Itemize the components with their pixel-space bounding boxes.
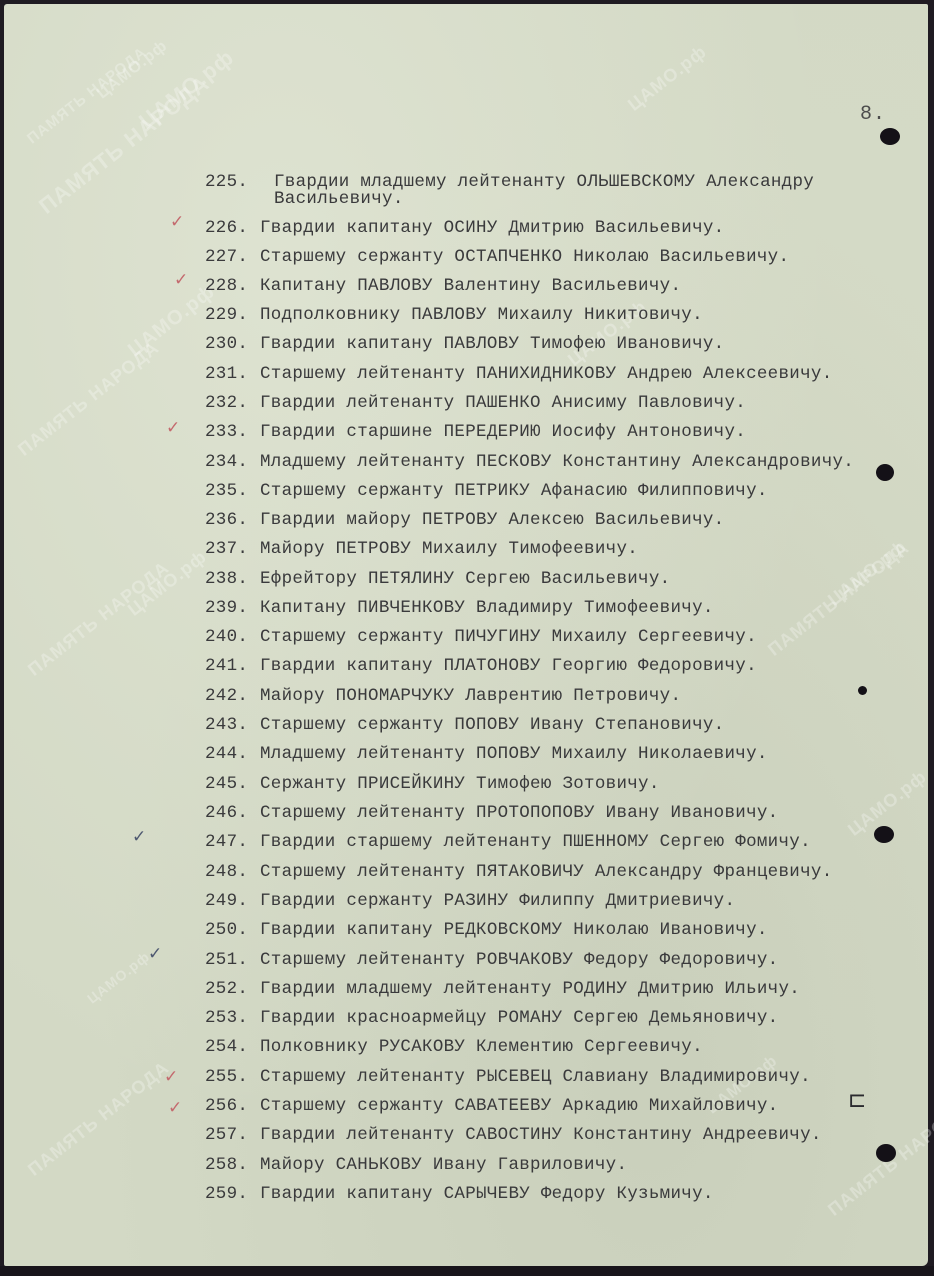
item-text: Гвардии сержанту РАЗИНУ Филиппу Дмитриев… — [260, 891, 735, 911]
item-text: Подполковнику ПАВЛОВУ Михаилу Никитовичу… — [260, 305, 703, 325]
item-number: 240. — [205, 627, 248, 647]
item-text: Старшему лейтенанту РЫСЕВЕЦ Славиану Вла… — [260, 1067, 811, 1087]
punch-hole — [874, 826, 894, 843]
item-number: 247. — [205, 832, 248, 852]
item-text: Ефрейтору ПЕТЯЛИНУ Сергею Васильевичу. — [260, 569, 670, 589]
item-text: Гвардии капитану РЕДКОВСКОМУ Николаю Ива… — [260, 920, 768, 940]
item-number: 251. — [205, 950, 248, 970]
item-text: Майору САНЬКОВУ Ивану Гавриловичу. — [260, 1155, 627, 1175]
check-mark-icon: ✓ — [168, 1098, 182, 1118]
item-number: 230. — [205, 334, 248, 354]
item-text: Гвардии капитану САРЫЧЕВУ Федору Кузьмич… — [260, 1184, 714, 1204]
watermark-tsamo: ЦАМО.рф — [124, 546, 211, 620]
item-number: 255. — [205, 1067, 248, 1087]
item-text: Майору ПОНОМАРЧУКУ Лаврентию Петровичу. — [260, 686, 681, 706]
item-text: Сержанту ПРИСЕЙКИНУ Тимофею Зотовичу. — [260, 774, 660, 794]
scan-border — [0, 1266, 934, 1276]
item-number: 250. — [205, 920, 248, 940]
item-number: 231. — [205, 364, 248, 384]
item-text: Гвардии лейтенанту САВОСТИНУ Константину… — [260, 1125, 822, 1145]
item-text: Младшему лейтенанту ПОПОВУ Михаилу Никол… — [260, 744, 768, 764]
item-text: Старшему лейтенанту ПЯТАКОВИЧУ Александр… — [260, 862, 833, 882]
punch-hole — [876, 464, 894, 481]
watermark-tsamo: ЦАМО.рф — [824, 536, 911, 610]
item-text: Гвардии капитану ПЛАТОНОВУ Георгию Федор… — [260, 656, 757, 676]
item-number: 239. — [205, 598, 248, 618]
watermark-tsamo: ЦАМО.рф — [134, 44, 239, 134]
item-text: Старшему лейтенанту РОВЧАКОВУ Федору Фед… — [260, 950, 778, 970]
item-text: Старшему лейтенанту ПРОТОПОПОВУ Ивану Ив… — [260, 803, 778, 823]
item-number: 258. — [205, 1155, 248, 1175]
item-number: 238. — [205, 569, 248, 589]
item-number: 249. — [205, 891, 248, 911]
item-number: 236. — [205, 510, 248, 530]
watermark-pamyat-naroda: ПАМЯТЬ НАРОДА — [764, 537, 913, 660]
item-number: 228. — [205, 276, 248, 296]
item-number: 234. — [205, 452, 248, 472]
item-text: Майору ПЕТРОВУ Михаилу Тимофеевичу. — [260, 539, 638, 559]
document-page: ЦАМО.рф ЦАМО.рф ПАМЯТЬ НАРОДА ПАМЯТЬ НАР… — [4, 4, 928, 1266]
margin-bracket-mark: ⊏ — [848, 1088, 866, 1113]
item-text: Капитану ПИВЧЕНКОВУ Владимиру Тимофеевич… — [260, 598, 714, 618]
item-number: 244. — [205, 744, 248, 764]
item-number: 242. — [205, 686, 248, 706]
item-number: 257. — [205, 1125, 248, 1145]
item-text: Старшему сержанту ПЕТРИКУ Афанасию Филип… — [260, 481, 768, 501]
item-number: 254. — [205, 1037, 248, 1057]
item-number: 259. — [205, 1184, 248, 1204]
item-text: Старшему сержанту ОСТАПЧЕНКО Николаю Вас… — [260, 247, 789, 267]
item-number: 232. — [205, 393, 248, 413]
item-text: Гвардии майору ПЕТРОВУ Алексею Васильеви… — [260, 510, 724, 530]
item-number: 252. — [205, 979, 248, 999]
item-text: Старшему лейтенанту ПАНИХИДНИКОВУ Андрею… — [260, 364, 833, 384]
item-number: 226. — [205, 218, 248, 238]
watermark-tsamo: ЦАМО.рф — [84, 948, 153, 1007]
item-number: 235. — [205, 481, 248, 501]
item-text: Гвардии лейтенанту ПАШЕНКО Анисиму Павло… — [260, 393, 746, 413]
item-text: Гвардии красноармейцу РОМАНУ Сергею Демь… — [260, 1008, 778, 1028]
check-mark-icon: ✓ — [148, 944, 162, 964]
item-text: Гвардии капитану ОСИНУ Дмитрию Васильеви… — [260, 218, 724, 238]
item-text: Гвардии старшему лейтенанту ПШЕННОМУ Сер… — [260, 832, 811, 852]
watermark-pamyat-naroda: ПАМЯТЬ НАРОДА — [24, 1057, 173, 1180]
watermark-pamyat-naroda: ПАМЯТЬ НАРОДА — [24, 557, 173, 680]
punch-hole — [876, 1144, 896, 1162]
watermark-pamyat-naroda: ПАМЯТЬ НАРОДА — [24, 44, 150, 148]
item-number: 245. — [205, 774, 248, 794]
page-number: 8. — [860, 103, 886, 126]
watermark-pamyat-naroda: ПАМЯТЬ НАРОДА — [14, 337, 163, 460]
item-number: 229. — [205, 305, 248, 325]
check-mark-icon: ✓ — [166, 418, 180, 438]
item-text: Гвардии младшему лейтенанту РОДИНУ Дмитр… — [260, 979, 800, 999]
item-text: Старшему сержанту ПОПОВУ Ивану Степанови… — [260, 715, 724, 735]
item-text: Капитану ПАВЛОВУ Валентину Васильевичу. — [260, 276, 681, 296]
check-mark-icon: ✓ — [132, 827, 146, 847]
item-number: 241. — [205, 656, 248, 676]
item-number: 243. — [205, 715, 248, 735]
watermark-tsamo: ЦАМО.рф — [624, 41, 711, 115]
item-text: Полковнику РУСАКОВУ Клементию Сергеевичу… — [260, 1037, 703, 1057]
check-mark-icon: ✓ — [164, 1067, 178, 1087]
item-text: Младшему лейтенанту ПЕСКОВУ Константину … — [260, 452, 854, 472]
check-mark-icon: ✓ — [170, 212, 184, 232]
item-text: Гвардии капитану ПАВЛОВУ Тимофею Иванови… — [260, 334, 724, 354]
watermark-pamyat-naroda: ПАМЯТЬ НАРОДА — [34, 70, 215, 219]
item-number: 227. — [205, 247, 248, 267]
item-text: Старшему сержанту ПИЧУГИНУ Михаилу Серге… — [260, 627, 757, 647]
item-text: Старшему сержанту САВАТЕЕВУ Аркадию Миха… — [260, 1096, 778, 1116]
item-number: 225. — [205, 172, 248, 192]
item-number: 256. — [205, 1096, 248, 1116]
ink-speck — [858, 686, 867, 695]
punch-hole — [880, 128, 900, 145]
item-text-continuation: Васильевичу. — [274, 189, 404, 209]
item-text: Гвардии старшине ПЕРЕДЕРИЮ Иосифу Антоно… — [260, 422, 746, 442]
item-number: 233. — [205, 422, 248, 442]
item-number: 253. — [205, 1008, 248, 1028]
item-number: 248. — [205, 862, 248, 882]
watermark-tsamo: ЦАМО.рф — [94, 37, 171, 103]
item-number: 246. — [205, 803, 248, 823]
item-number: 237. — [205, 539, 248, 559]
check-mark-icon: ✓ — [174, 270, 188, 290]
